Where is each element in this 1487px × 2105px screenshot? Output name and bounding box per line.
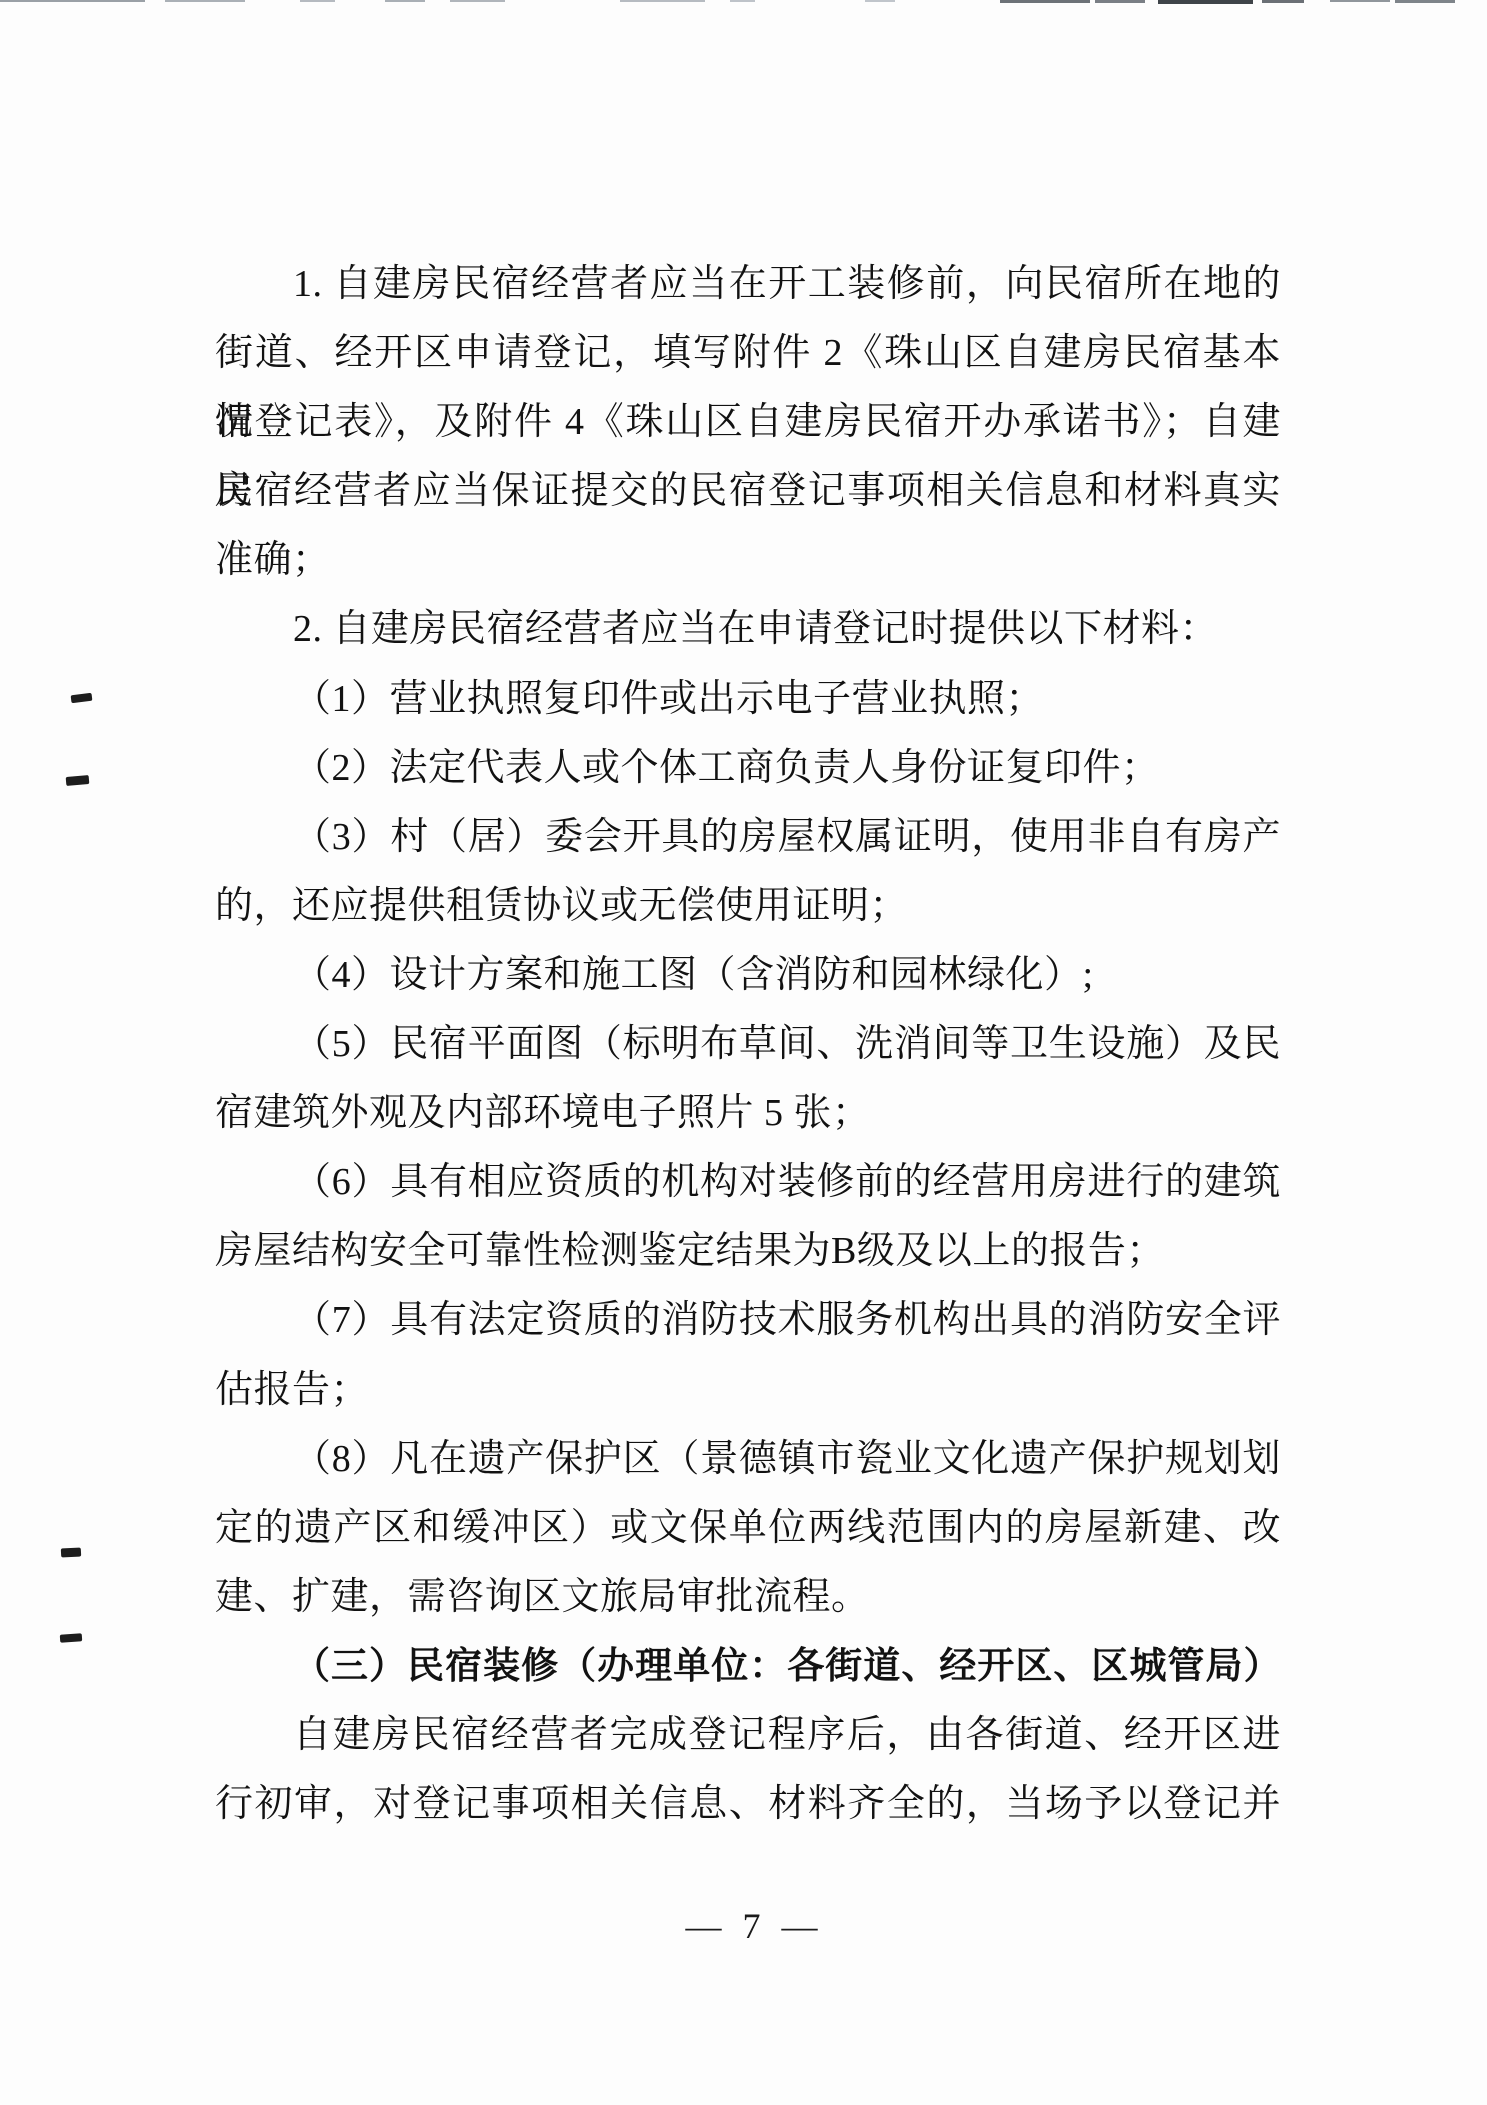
text-line: （5）民宿平面图（标明布草间、洗消间等卫生设施）及民 — [215, 1010, 1281, 1079]
text-line: （2）法定代表人或个体工商负责人身份证复印件； — [215, 734, 1281, 803]
text-line: 自建房民宿经营者完成登记程序后，由各街道、经开区进 — [215, 1701, 1281, 1770]
text-line: 估报告； — [215, 1356, 1281, 1425]
document-body: 1. 自建房民宿经营者应当在开工装修前，向民宿所在地的 街道、经开区申请登记，填… — [215, 250, 1281, 1839]
text-line: 行初审，对登记事项相关信息、材料齐全的，当场予以登记并 — [215, 1770, 1281, 1839]
text-line: 街道、经开区申请登记，填写附件 2《珠山区自建房民宿基本情 — [215, 319, 1281, 388]
document-page: 1. 自建房民宿经营者应当在开工装修前，向民宿所在地的 街道、经开区申请登记，填… — [0, 0, 1487, 2105]
text-line: 1. 自建房民宿经营者应当在开工装修前，向民宿所在地的 — [215, 250, 1281, 319]
text-line: 况登记表》，及附件 4《珠山区自建房民宿开办承诺书》；自建房 — [215, 388, 1281, 457]
text-line: 建、扩建，需咨询区文旅局审批流程。 — [215, 1563, 1281, 1632]
text-line: （6）具有相应资质的机构对装修前的经营用房进行的建筑 — [215, 1148, 1281, 1217]
margin-tick — [60, 1633, 83, 1643]
text-line: 宿建筑外观及内部环境电子照片 5 张； — [215, 1079, 1281, 1148]
page-number: — 7 — — [11, 1896, 1487, 1956]
text-line: （7）具有法定资质的消防技术服务机构出具的消防安全评 — [215, 1286, 1281, 1355]
margin-tick — [66, 775, 90, 786]
text-line: 房屋结构安全可靠性检测鉴定结果为B级及以上的报告； — [215, 1217, 1281, 1286]
text-line: （4）设计方案和施工图（含消防和园林绿化）; — [215, 941, 1281, 1010]
margin-tick — [61, 1547, 81, 1557]
margin-tick — [71, 693, 93, 703]
section-heading: （三）民宿装修（办理单位：各街道、经开区、区城管局） — [215, 1632, 1281, 1701]
text-line: 定的遗产区和缓冲区）或文保单位两线范围内的房屋新建、改 — [215, 1494, 1281, 1563]
text-line: 的，还应提供租赁协议或无偿使用证明； — [215, 872, 1281, 941]
text-line: （8）凡在遗产保护区（景德镇市瓷业文化遗产保护规划划 — [215, 1425, 1281, 1494]
text-line: （1）营业执照复印件或出示电子营业执照； — [215, 665, 1281, 734]
text-line: 准确； — [215, 526, 1281, 595]
text-line: 民宿经营者应当保证提交的民宿登记事项相关信息和材料真实 — [215, 457, 1281, 526]
text-line: （3）村（居）委会开具的房屋权属证明，使用非自有房产 — [215, 803, 1281, 872]
text-line: 2. 自建房民宿经营者应当在申请登记时提供以下材料： — [215, 595, 1281, 664]
